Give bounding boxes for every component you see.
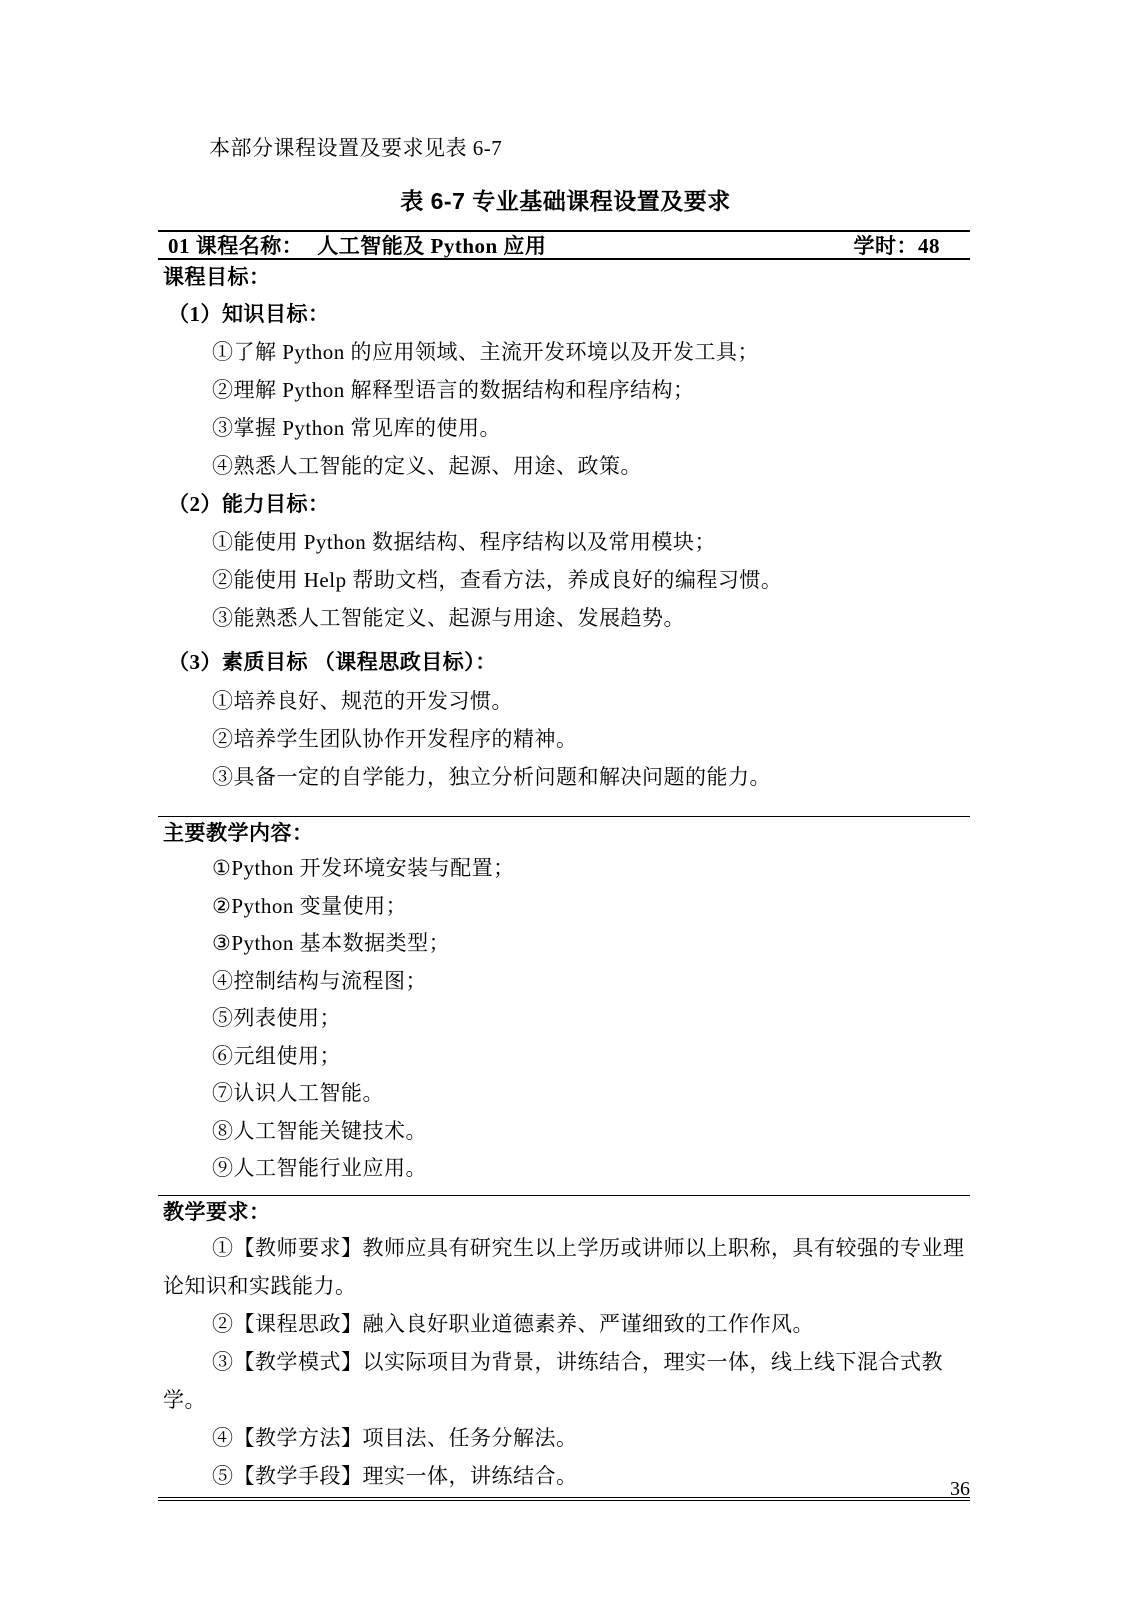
quality-objectives-title-text: （3）素质目标 xyxy=(168,650,308,674)
quality-objectives-title-colon: ： xyxy=(475,650,497,674)
content-item: ⑤列表使用； xyxy=(158,1000,970,1038)
content-item: ①Python 开发环境安装与配置； xyxy=(158,850,970,888)
content-item: ③Python 基本数据类型； xyxy=(158,925,970,963)
content-item: ⑨人工智能行业应用。 xyxy=(158,1150,970,1188)
ability-objectives-title: （2）能力目标： xyxy=(158,485,970,523)
quality-objective-item: ③具备一定的自学能力，独立分析问题和解决问题的能力。 xyxy=(158,758,970,796)
quality-objective-item: ②培养学生团队协作开发程序的精神。 xyxy=(158,720,970,758)
quality-objective-item: ①培养良好、规范的开发习惯。 xyxy=(158,682,970,720)
section-course-objectives: 课程目标： （1）知识目标： ①了解 Python 的应用领域、主流开发环境以及… xyxy=(158,260,970,817)
ability-objective-item: ②能使用 Help 帮助文档，查看方法，养成良好的编程习惯。 xyxy=(158,561,970,599)
requirements-heading: 教学要求： xyxy=(158,1196,970,1229)
document-page: 本部分课程设置及要求见表 6-7 表 6-7 专业基础课程设置及要求 01 课程… xyxy=(0,0,1131,1600)
requirement-item: ③【教学模式】以实际项目为背景，讲练结合，理实一体，线上线下混合式教学。 xyxy=(158,1343,970,1419)
course-hours: 学时：48 xyxy=(854,230,941,260)
quality-objectives-title: （3）素质目标 （课程思政目标）： xyxy=(158,643,970,682)
knowledge-objective-item: ②理解 Python 解释型语言的数据结构和程序结构； xyxy=(158,371,970,409)
ability-objective-item: ③能熟悉人工智能定义、起源与用途、发展趋势。 xyxy=(158,599,970,637)
course-name: 人工智能及 Python 应用 xyxy=(317,230,546,260)
knowledge-objective-item: ③掌握 Python 常见库的使用。 xyxy=(158,409,970,447)
page-number: 36 xyxy=(158,1478,970,1501)
knowledge-objectives-title: （1）知识目标： xyxy=(158,295,970,333)
objectives-heading: 课程目标： xyxy=(158,260,970,295)
content-heading: 主要教学内容： xyxy=(158,817,970,850)
knowledge-objective-item: ④熟悉人工智能的定义、起源、用途、政策。 xyxy=(158,447,970,485)
content-item: ④控制结构与流程图； xyxy=(158,963,970,1001)
quality-objectives-title-suffix: （课程思政目标） xyxy=(314,651,476,674)
course-number-label: 01 课程名称： xyxy=(168,230,303,260)
knowledge-objective-item: ①了解 Python 的应用领域、主流开发环境以及开发工具； xyxy=(158,333,970,371)
ability-objective-item: ①能使用 Python 数据结构、程序结构以及常用模块； xyxy=(158,523,970,561)
content-item: ⑦认识人工智能。 xyxy=(158,1075,970,1113)
content-item: ⑧人工智能关键技术。 xyxy=(158,1113,970,1151)
section-teaching-content: 主要教学内容： ①Python 开发环境安装与配置； ②Python 变量使用；… xyxy=(158,817,970,1196)
section-teaching-requirements: 教学要求： ①【教师要求】教师应具有研究生以上学历或讲师以上职称，具有较强的专业… xyxy=(158,1196,970,1497)
intro-paragraph: 本部分课程设置及要求见表 6-7 xyxy=(209,132,502,162)
requirement-item: ①【教师要求】教师应具有研究生以上学历或讲师以上职称，具有较强的专业理论知识和实… xyxy=(158,1229,970,1305)
content-item: ⑥元组使用； xyxy=(158,1038,970,1076)
requirement-item: ④【教学方法】项目法、任务分解法。 xyxy=(158,1419,970,1457)
content-item: ②Python 变量使用； xyxy=(158,888,970,926)
course-table: 01 课程名称： 人工智能及 Python 应用 学时：48 课程目标： （1）… xyxy=(158,230,970,1501)
table-header-row: 01 课程名称： 人工智能及 Python 应用 学时：48 xyxy=(158,232,970,260)
table-title: 表 6-7 专业基础课程设置及要求 xyxy=(0,183,1131,216)
requirement-item: ②【课程思政】融入良好职业道德素养、严谨细致的工作作风。 xyxy=(158,1305,970,1343)
